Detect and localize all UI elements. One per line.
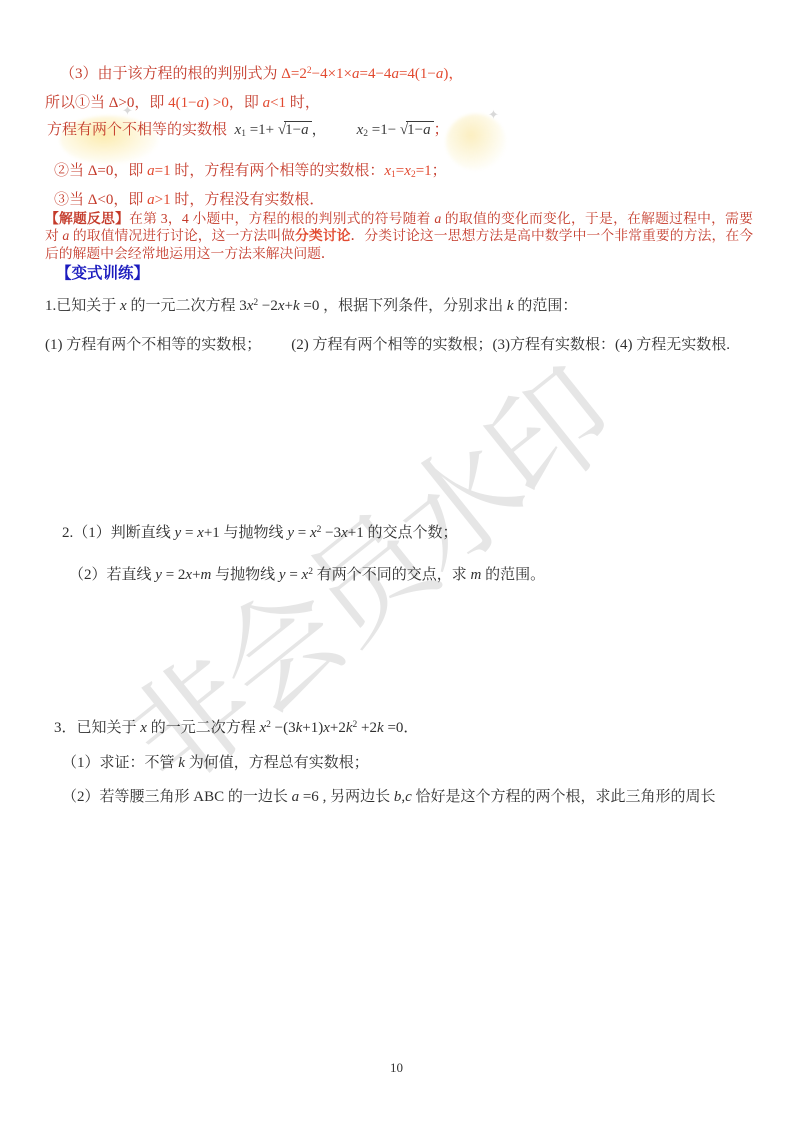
- solution-line-1: （3）由于该方程的根的判别式为 Δ=22−4×1×a=4−4a=4(1−a)，: [60, 64, 463, 84]
- question-2-part-2: （2）若直线 y = 2x+m 与抛物线 y = x2 有两个不同的交点，求 m…: [69, 565, 545, 585]
- document-page: 非会员水印 ✦ ✦ （3）由于该方程的根的判别式为 Δ=22−4×1×a=4−4…: [0, 0, 793, 1122]
- sparkle-icon: ✦: [488, 108, 499, 123]
- question-1-items: (1) 方程有两个不相等的实数根； (2) 方程有两个相等的实数根；(3)方程有…: [45, 335, 730, 355]
- question-1-stem: 1.已知关于 x 的一元二次方程 3x2 −2x+k =0 ，根据下列条件，分别…: [45, 296, 577, 316]
- question-2-part-1: 2.（1）判断直线 y = x+1 与抛物线 y = x2 −3x+1 的交点个…: [62, 523, 458, 543]
- page-number: 10: [0, 1060, 793, 1076]
- question-3-part-2: （2）若等腰三角形 ABC 的一边长 a =6 , 另两边长 b,c 恰好是这个…: [62, 787, 716, 807]
- question-3-part-1: （1）求证：不管 k 为何值，方程总有实数根；: [62, 753, 369, 773]
- training-section-header: 【变式训练】: [56, 264, 149, 284]
- solution-line-5: ③当 Δ<0，即 a>1 时，方程没有实数根．: [54, 190, 324, 210]
- solution-line-3: 方程有两个不相等的实数根 x1 =1+ √1−a， x2 =1− √1−a；: [47, 120, 449, 140]
- solution-line-4: ②当 Δ=0，即 a=1 时，方程有两个相等的实数根：x1=x2=1；: [54, 161, 447, 181]
- reflection-note: 【解题反思】在第 3，4 小题中，方程的根的判别式的符号随着 a 的取值的变化而…: [45, 210, 753, 262]
- question-3-stem: 3．已知关于 x 的一元二次方程 x2 −(3k+1)x+2k2 +2k =0．: [54, 718, 418, 738]
- solution-line-2: 所以①当 Δ>0，即 4(1−a) >0，即 a<1 时，: [45, 93, 320, 113]
